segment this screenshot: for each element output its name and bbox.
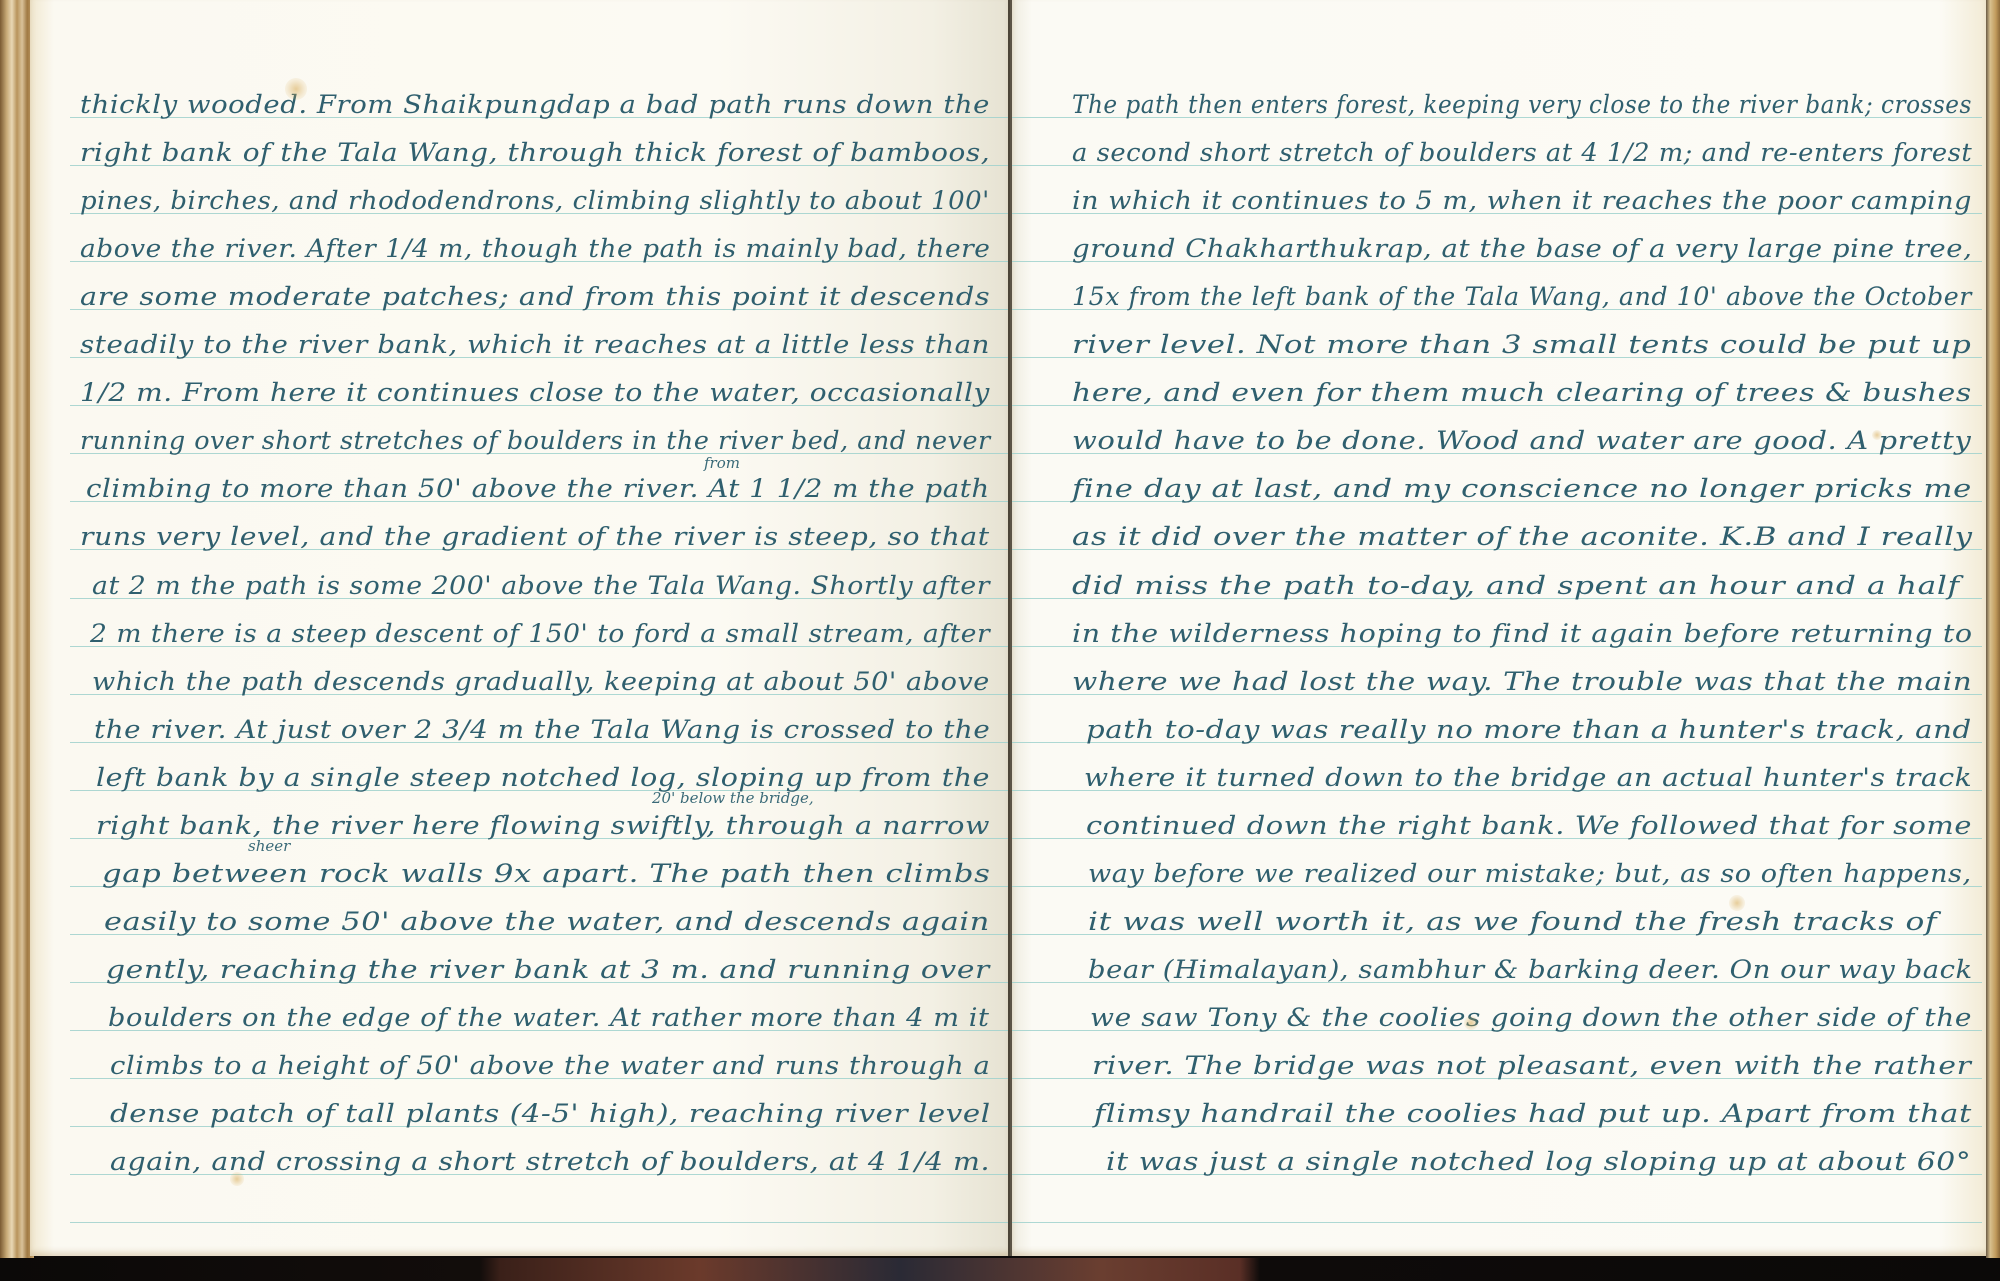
handwritten-line: did miss the path to-day, and spent an h… xyxy=(1072,571,1960,601)
handwritten-line: river level. Not more than 3 small tents… xyxy=(1072,330,1971,360)
handwritten-line: way before we realized our mistake; but,… xyxy=(1088,859,1972,889)
foxing-stain xyxy=(1464,1016,1478,1030)
handwritten-line: at 2 m the path is some 200' above the T… xyxy=(92,571,990,601)
handwritten-line: where it turned down to the bridge an ac… xyxy=(1084,763,1972,793)
handwritten-line: left bank by a single steep notched log,… xyxy=(96,763,990,793)
left-page-edge-stack xyxy=(0,0,34,1258)
interlinear-insertion: 20' below the bridge, xyxy=(652,790,814,806)
foxing-stain xyxy=(1872,430,1882,440)
handwritten-line: the river. At just over 2 3/4 m the Tala… xyxy=(94,715,990,745)
handwritten-line: in the wilderness hoping to find it agai… xyxy=(1072,619,1973,649)
handwritten-line: runs very level, and the gradient of the… xyxy=(80,522,990,552)
handwritten-line: it was well worth it, as we found the fr… xyxy=(1088,907,1937,937)
handwritten-line: boulders on the edge of the water. At ra… xyxy=(108,1003,990,1033)
handwritten-line: flimsy handrail the coolies had put up. … xyxy=(1094,1099,1972,1129)
handwritten-line: river. The bridge was not pleasant, even… xyxy=(1092,1051,1971,1081)
handwritten-line: The path then enters forest, keeping ver… xyxy=(1072,90,1972,120)
foxing-stain xyxy=(230,1172,244,1186)
handwritten-line: 15x from the left bank of the Tala Wang,… xyxy=(1072,282,1972,312)
handwritten-line: fine day at last, and my conscience no l… xyxy=(1072,474,1972,504)
handwritten-line: 1/2 m. From here it continues close to t… xyxy=(80,378,990,408)
handwritten-line: here, and even for them much clearing of… xyxy=(1072,378,1972,408)
handwritten-line: climbs to a height of 50' above the wate… xyxy=(110,1051,990,1081)
handwritten-line: climbing to more than 50' above the rive… xyxy=(86,474,990,504)
handwritten-line: gap between rock walls 9x apart. The pat… xyxy=(102,859,990,889)
handwritten-line: above the river. After 1/4 m, though the… xyxy=(80,234,990,264)
handwritten-line: where we had lost the way. The trouble w… xyxy=(1072,667,1972,697)
handwritten-line: running over short stretches of boulders… xyxy=(80,426,991,456)
handwritten-line: bear (Himalayan), sambhur & barking deer… xyxy=(1088,955,1973,985)
notebook-spread: thickly wooded. From Shaikpungdap a bad … xyxy=(0,0,2000,1281)
handwritten-line: path to-day was really no more than a hu… xyxy=(1086,715,1972,745)
handwritten-line: would have to be done. Wood and water ar… xyxy=(1072,426,1971,456)
interlinear-insertion: from xyxy=(704,455,740,471)
foxing-stain xyxy=(285,78,307,100)
handwritten-line: right bank of the Tala Wang, through thi… xyxy=(80,138,990,168)
handwritten-line: continued down the right bank. We follow… xyxy=(1086,811,1972,841)
handwritten-line: easily to some 50' above the water, and … xyxy=(104,907,990,937)
handwritten-line: right bank, the river here flowing swift… xyxy=(96,811,990,841)
left-page: thickly wooded. From Shaikpungdap a bad … xyxy=(30,0,1010,1256)
handwritten-line: a second short stretch of boulders at 4 … xyxy=(1072,138,1972,168)
handwritten-line: are some moderate patches; and from this… xyxy=(80,282,990,312)
handwritten-line: as it did over the matter of the aconite… xyxy=(1072,522,1973,552)
ruled-line xyxy=(1012,1222,1982,1223)
handwritten-line: thickly wooded. From Shaikpungdap a bad … xyxy=(80,90,990,120)
foxing-stain xyxy=(1729,895,1745,911)
handwritten-line: pines, birches, and rhododendrons, climb… xyxy=(80,186,990,216)
handwritten-line: gently, reaching the river bank at 3 m. … xyxy=(106,955,990,985)
handwritten-line: 2 m there is a steep descent of 150' to … xyxy=(90,619,990,649)
handwritten-line: ground Chakharthukrap, at the base of a … xyxy=(1072,234,1972,264)
handwritten-line: which the path descends gradually, keepi… xyxy=(92,667,990,697)
right-page-edge-stack xyxy=(1986,0,2000,1258)
handwritten-line: in which it continues to 5 m, when it re… xyxy=(1072,186,1972,216)
background-surface xyxy=(0,1258,2000,1281)
interlinear-insertion: sheer xyxy=(248,838,290,854)
handwritten-line: we saw Tony & the coolies going down the… xyxy=(1090,1003,1972,1033)
handwritten-line: again, and crossing a short stretch of b… xyxy=(110,1147,990,1177)
ruled-line xyxy=(70,1222,1010,1223)
handwritten-line: steadily to the river bank, which it rea… xyxy=(80,330,990,360)
handwritten-line: dense patch of tall plants (4-5' high), … xyxy=(110,1099,991,1129)
right-page: The path then enters forest, keeping ver… xyxy=(1010,0,1988,1256)
handwritten-line: it was just a single notched log sloping… xyxy=(1106,1147,1971,1177)
